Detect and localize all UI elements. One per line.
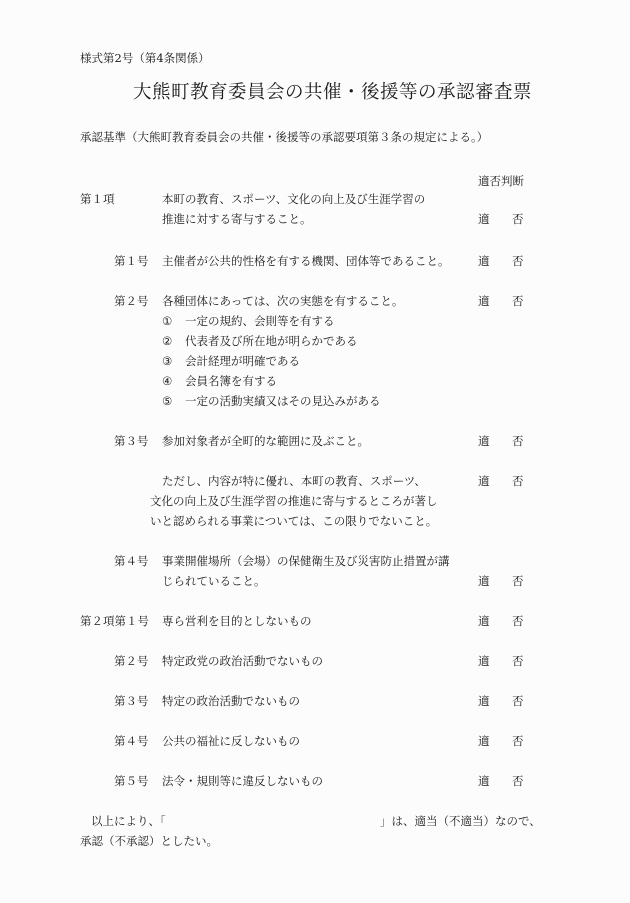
s2-item4-text: 公共の福祉に反しないもの <box>162 734 300 748</box>
s1-item2-label: 第２号 <box>114 294 149 308</box>
s2-item2-label: 第２号 <box>114 654 149 668</box>
event-name-blank[interactable] <box>178 814 378 828</box>
section1-text-line1: 本町の教育、スポーツ、文化の向上及び生涯学習の <box>162 192 425 206</box>
judgment-ng-s2-item5[interactable]: 否 <box>512 774 524 788</box>
judgment-ng-proviso[interactable]: 否 <box>512 474 524 488</box>
form-number-label: 様式第2号（第4条関係） <box>80 51 210 65</box>
judgment-ok-s2-item1[interactable]: 適 <box>478 614 490 628</box>
s1-item2-text: 各種団体にあっては、次の実態を有すること。 <box>162 294 403 308</box>
s2-item5-text: 法令・規則等に違反しないもの <box>162 774 323 788</box>
sub-item-num-5: ⑤ <box>162 394 172 408</box>
conclusion-line2: 承認（不承認）としたい。 <box>80 834 218 848</box>
judgment-ng-s2-item4[interactable]: 否 <box>512 734 524 748</box>
s2-item3-text: 特定の政治活動でないもの <box>162 694 300 708</box>
judgment-ng-s1-item2[interactable]: 否 <box>512 294 524 308</box>
s2-item1-label: 第１号 <box>115 614 150 628</box>
conclusion-prefix: 以上により、「 <box>91 814 166 828</box>
s1-item4-text-line1: 事業開催場所（会場）の保健衛生及び災害防止措置が講 <box>162 554 450 568</box>
criteria-intro: 承認基準（大熊町教育委員会の共催・後援等の承認要項第３条の規定による。） <box>80 130 488 144</box>
proviso-line3: いと認められる事業については、この限りでないこと。 <box>150 514 437 528</box>
proviso-line2: 文化の向上及び生涯学習の推進に寄与するところが著し <box>150 494 438 508</box>
s2-item2-text: 特定政党の政治活動でないもの <box>162 654 323 668</box>
s1-item4-text-line2: じられていること。 <box>162 574 266 588</box>
sub-item-text-4: 会員名簿を有する <box>185 374 277 388</box>
judgment-ng-s1-item3[interactable]: 否 <box>512 434 524 448</box>
judgment-ng-section1[interactable]: 否 <box>512 212 524 226</box>
section1-label: 第１項 <box>80 192 115 206</box>
s1-item4-label: 第４号 <box>114 554 149 568</box>
page-title: 大熊町教育委員会の共催・後援等の承認審査票 <box>133 82 532 104</box>
judgment-ok-s1-item3[interactable]: 適 <box>478 434 490 448</box>
judgment-ng-s2-item3[interactable]: 否 <box>512 694 524 708</box>
sub-item-num-2: ② <box>162 334 172 348</box>
judgment-ng-s1-item1[interactable]: 否 <box>512 254 524 268</box>
section1-text-line2: 推進に対する寄与すること。 <box>162 212 312 226</box>
sub-item-num-1: ① <box>162 314 172 328</box>
judgment-ok-s2-item3[interactable]: 適 <box>478 694 490 708</box>
s1-item1-text: 主催者が公共的性格を有する機関、団体等であること。 <box>162 254 450 268</box>
sub-item-text-1: 一定の規約、会則等を有する <box>185 314 335 328</box>
section2-label-text: 第２項 <box>80 614 115 628</box>
s1-item1-label: 第１号 <box>114 254 149 268</box>
s2-item4-label: 第４号 <box>114 734 149 748</box>
judgment-ok-s1-item2[interactable]: 適 <box>478 294 490 308</box>
conclusion-suffix: 」は、適当（不適当）なので、 <box>380 814 541 828</box>
judgment-ng-s2-item2[interactable]: 否 <box>512 654 524 668</box>
judgment-ng-s1-item4[interactable]: 否 <box>512 574 524 588</box>
judgment-ng-s2-item1[interactable]: 否 <box>512 614 524 628</box>
sub-item-text-2: 代表者及び所在地が明らかである <box>185 334 358 348</box>
sub-item-text-3: 会計経理が明確である <box>185 354 300 368</box>
judgment-ok-proviso[interactable]: 適 <box>478 474 490 488</box>
section2-label: 第２項第１号 <box>80 614 149 628</box>
judgment-ok-s1-item4[interactable]: 適 <box>478 574 490 588</box>
s1-item3-label: 第３号 <box>114 434 149 448</box>
s1-item3-text: 参加対象者が全町的な範囲に及ぶこと。 <box>162 434 369 448</box>
judgment-ok-s1-item1[interactable]: 適 <box>478 254 490 268</box>
judgment-header: 適否判断 <box>478 174 524 188</box>
s2-item3-label: 第３号 <box>114 694 149 708</box>
judgment-ok-s2-item2[interactable]: 適 <box>478 654 490 668</box>
proviso-line1: ただし、内容が特に優れ、本町の教育、スポーツ、 <box>162 474 426 488</box>
sub-item-num-4: ④ <box>162 374 172 388</box>
s2-item5-label: 第５号 <box>114 774 149 788</box>
judgment-ok-s2-item4[interactable]: 適 <box>478 734 490 748</box>
sub-item-text-5: 一定の活動実績又はその見込みがある <box>185 394 381 408</box>
judgment-ok-s2-item5[interactable]: 適 <box>478 774 490 788</box>
sub-item-num-3: ③ <box>162 354 172 368</box>
s2-item1-text: 専ら営利を目的としないもの <box>162 614 312 628</box>
judgment-ok-section1[interactable]: 適 <box>478 212 490 226</box>
